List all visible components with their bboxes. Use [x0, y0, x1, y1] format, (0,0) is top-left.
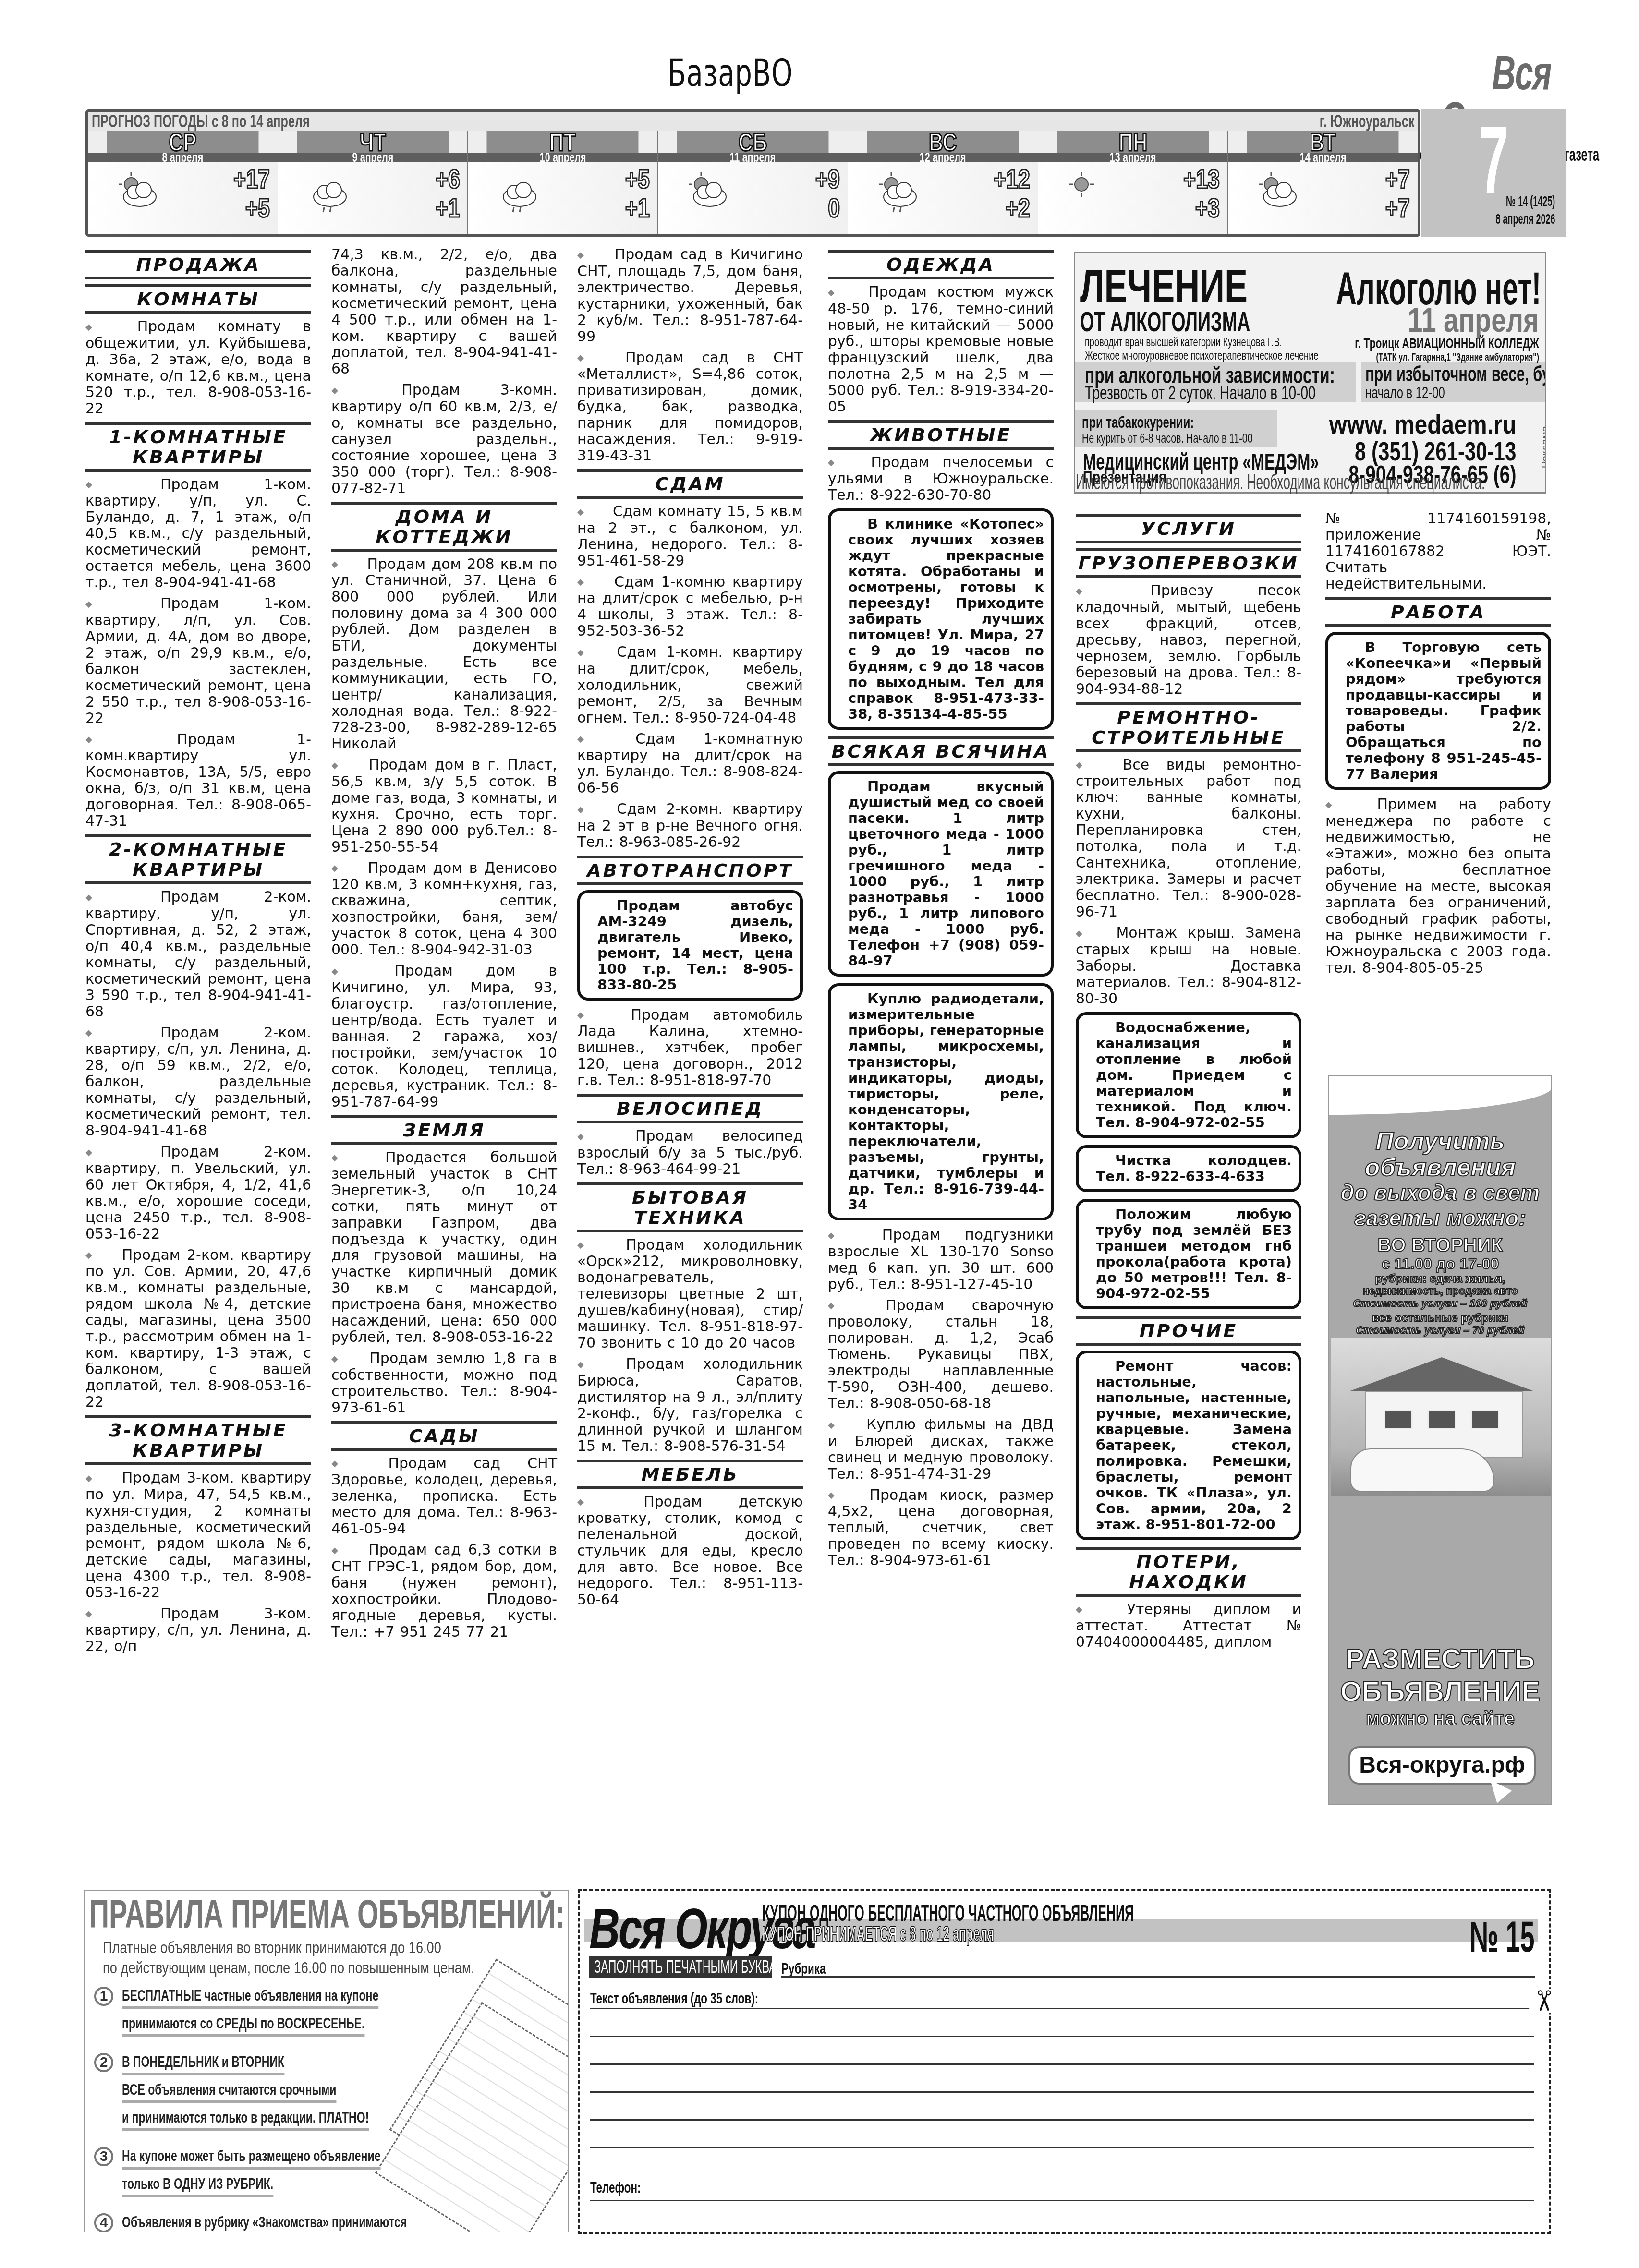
temp-high: +17 — [233, 163, 270, 194]
classified-ad: ◆Продам сад СНТ Здоровье, колодец, дерев… — [331, 1456, 557, 1538]
column-3: ◆Продам сад в Кичигино СНТ, площадь 7,5,… — [577, 247, 803, 1613]
classified-ad: ◆Сдам 2-комн. квартиру на 2 эт в р-не Ве… — [577, 801, 803, 851]
issue-number: № 14 (1425) — [1506, 193, 1555, 210]
rubric-field[interactable] — [781, 1976, 1535, 1978]
ad-text: Продам костюм мужск 48-50 р. 176, темно-… — [828, 284, 1054, 415]
ad-text: Продам дом 208 кв.м по ул. Станичной, 37… — [331, 556, 557, 753]
weather-day: ПТ 10 апреля +5 +1 — [468, 131, 658, 234]
temp-high: +13 — [1183, 163, 1220, 194]
weather-day: СР 8 апреля +17 +5 — [88, 131, 278, 234]
temp-low: +5 — [245, 192, 270, 223]
ad-subheading: ОТ АЛКОГОЛИЗМА — [1080, 306, 1250, 338]
ad-text: Продам сварочную проволоку, стальн 18, п… — [828, 1297, 1054, 1412]
bullet-icon: ◆ — [828, 1420, 838, 1430]
weekday: ВТ — [1247, 131, 1399, 153]
column-4: ОДЕЖДА◆Продам костюм мужск 48-50 р. 176,… — [828, 247, 1054, 1574]
rubric-heading: ПРОДАЖА — [85, 250, 311, 279]
promo-place-2: ОБЪЯВЛЕНИЕ — [1329, 1676, 1551, 1708]
ad-text: Продам сад в Кичигино СНТ, площадь 7,5, … — [577, 246, 803, 345]
rubric-heading: АВТОТРАНСПОРТ — [577, 856, 803, 885]
column-6: № 1174160159198, приложение № 1174160167… — [1325, 511, 1551, 981]
rubric-heading: МЕБЕЛЬ — [577, 1460, 803, 1489]
classified-ad-continued: № 1174160159198, приложение № 1174160167… — [1325, 511, 1551, 592]
scissors-icon: ✂ — [1529, 1989, 1558, 2013]
promo-banner: Получить объявления до выхода в свет газ… — [1328, 1075, 1552, 1805]
ad-date: 11 апреля — [1408, 301, 1539, 339]
rule-line: В ПОНЕДЕЛЬНИК и ВТОРНИК — [122, 2053, 284, 2075]
bullet-icon: ◆ — [577, 577, 585, 587]
ad-text: Привезу песок кладочный, мытый, щебень в… — [1076, 582, 1301, 698]
classified-ad: ◆Продам 1-комн.квартиру ул. Космонавтов,… — [85, 732, 311, 830]
classified-ad: ◆Продам холодильник «Орск»212, микроволн… — [577, 1237, 803, 1352]
ad-text: Продам 3-ком. квартиру по ул. Мира, 47, … — [85, 1470, 311, 1601]
weight-title: при избыточном весе, булимии: — [1365, 362, 1546, 386]
partly-cloudy-icon — [117, 170, 160, 213]
rule-number: 1 — [94, 1987, 113, 2006]
ad-text: Продам велосипед взрослый б/у за 5 тыс./… — [577, 1128, 803, 1178]
bullet-icon: ◆ — [331, 559, 339, 569]
bullet-icon: ◆ — [85, 1609, 132, 1619]
coupon-accepted: КУПОН ПРИНИМАЕТСЯ с 8 по 12 апреля — [762, 1922, 994, 1946]
bullet-icon: ◆ — [1325, 800, 1348, 810]
bullet-icon: ◆ — [85, 322, 109, 332]
boxed-ad: В клинике «Котопес» своих лучших хозяев … — [828, 508, 1054, 730]
ad-text: Продам 1-ком. квартиру, у/п, ул. С. Була… — [85, 476, 311, 591]
ad-method: Жесткое многоуровневое психотерапевтичес… — [1085, 348, 1318, 363]
temp-low: +3 — [1195, 192, 1220, 223]
bullet-icon: ◆ — [577, 250, 586, 260]
ad-text: Продам 2-ком. квартиру по ул. Сов. Армии… — [85, 1247, 311, 1411]
ad-text: Монтаж крыш. Замена старых крыш на новые… — [1076, 925, 1301, 1007]
medical-advertisement: ЛЕЧЕНИЕ ОТ АЛКОГОЛИЗМА проводит врач выс… — [1074, 252, 1546, 494]
coupon-number: № 15 — [1469, 1916, 1534, 1959]
classified-ad: ◆Куплю фильмы на ДВД и Блюрей дисках, та… — [828, 1417, 1054, 1483]
column-2: 74,3 кв.м., 2/2, е/о, два балкона, разде… — [331, 247, 557, 1645]
issue-date: 8 апреля 2026 — [1495, 211, 1555, 228]
bullet-icon: ◆ — [577, 648, 588, 658]
weekday: ВС — [867, 131, 1019, 153]
rubric-heading: ДОМА И КОТТЕДЖИ — [331, 502, 557, 552]
weekday: ПН — [1057, 131, 1209, 153]
rules-title: ПРАВИЛА ПРИЕМА ОБЪЯВЛЕНИЙ: — [89, 1894, 565, 1934]
ad-text: Продам 3-комн. квартиру о/п 60 кв.м, 2/3… — [331, 382, 557, 497]
weather-day: ВС 12 апреля +12 +2 — [848, 131, 1038, 234]
fill-note: ЗАПОЛНЯТЬ ПЕЧАТНЫМИ БУКВАМИ — [589, 1956, 772, 1978]
bullet-icon: ◆ — [331, 863, 339, 873]
bullet-icon: ◆ — [828, 458, 842, 468]
ad-text: Продам подгузники взрослые XL 130-170 So… — [828, 1227, 1054, 1293]
bullet-icon: ◆ — [85, 735, 148, 745]
bullet-icon: ◆ — [331, 1545, 340, 1556]
rubric-heading: ВЕЛОСИПЕД — [577, 1094, 803, 1123]
weekday: СР — [107, 131, 258, 153]
promo-line-3: до выхода в свет — [1329, 1180, 1551, 1206]
ad-place: г. Троицк АВИАЦИОННЫЙ КОЛЛЕДЖ — [1355, 336, 1539, 352]
classified-ad: ◆Монтаж крыш. Замена старых крыш на новы… — [1076, 925, 1301, 1007]
promo-line-1: Получить — [1329, 1127, 1551, 1156]
ad-label: Реклама — [1539, 426, 1546, 468]
rule-number: 2 — [94, 2053, 113, 2072]
classified-ad: ◆Продам 1-ком. квартиру, л/п, ул. Сов. А… — [85, 596, 311, 727]
promo-price-2: Стоимость услуги – 70 рублей — [1329, 1324, 1551, 1337]
bullet-icon: ◆ — [577, 734, 607, 744]
rules-intro-1: Платные объявления во вторник принимаютс… — [103, 1939, 441, 1957]
ad-text: Продам дом в г. Пласт, 56,5 кв.м, з/у 5,… — [331, 757, 557, 856]
rule-line: БЕСПЛАТНЫЕ частные объявления на купоне — [122, 1987, 378, 2009]
promo-price-1: Стоимость услуги – 100 рублей — [1329, 1297, 1551, 1310]
promo-place-3: можно на сайте — [1329, 1708, 1551, 1730]
classified-ad: ◆Продам пчелосемьи с ульями в Южноуральс… — [828, 455, 1054, 504]
ad-text: Сдам 1-комнатную квартиру на длит/срок н… — [577, 731, 803, 797]
rain-cloud-icon — [497, 170, 540, 213]
classified-ad: ◆Продается большой земельный участок в С… — [331, 1150, 557, 1346]
classified-ad: ◆Сдам 1-комнатную квартиру на длит/срок … — [577, 731, 803, 797]
classified-ad: ◆Продам велосипед взрослый б/у за 5 тыс.… — [577, 1128, 803, 1178]
rubric-heading: ПРОЧИЕ — [1076, 1316, 1301, 1346]
classified-ad-continued: 74,3 кв.м., 2/2, е/о, два балкона, разде… — [331, 247, 557, 377]
temp-high: +12 — [994, 163, 1030, 194]
day-date: 12 апреля — [920, 153, 966, 162]
bullet-icon: ◆ — [828, 1231, 853, 1241]
weather-day: ПН 13 апреля +13 +3 — [1038, 131, 1228, 234]
classified-ad: ◆Продам дом в г. Пласт, 56,5 кв.м, з/у 5… — [331, 757, 557, 856]
bullet-icon: ◆ — [85, 480, 132, 490]
weather-day: СБ 11 апреля +9 0 — [658, 131, 848, 234]
classified-ad: ◆Утеряны диплом и аттестат. Аттестат № 0… — [1076, 1602, 1301, 1651]
bullet-icon: ◆ — [828, 1301, 857, 1311]
page-title: БазарВО — [668, 52, 793, 95]
temp-low: +2 — [1006, 192, 1030, 223]
classified-ad: ◆Продам дом в Кичигино, ул. Мира, 93, бл… — [331, 963, 557, 1110]
ad-text: Примем на работу менеджера по работе с н… — [1325, 796, 1551, 977]
day-date: 9 апреля — [352, 153, 393, 162]
promo-hours: с 11.00 до 17-00 — [1329, 1255, 1551, 1273]
ad-text: Все виды ремонтно-строительных работ под… — [1076, 757, 1301, 921]
rubric-label: Рубрика — [781, 1960, 826, 1978]
rule-line: ВСЕ объявления считаются срочными — [122, 2081, 337, 2103]
bullet-icon: ◆ — [1076, 1604, 1098, 1615]
text-field-line[interactable] — [590, 2063, 1534, 2065]
bullet-icon: ◆ — [577, 1132, 607, 1142]
bullet-icon: ◆ — [1076, 760, 1094, 770]
ad-text: Продам сад в СНТ «Металлист», S=4,86 сот… — [577, 350, 803, 465]
ad-text: Сдам 2-комн. квартиру на 2 эт в р-не Веч… — [577, 801, 803, 851]
partly-cloudy-icon — [687, 170, 730, 213]
classified-ad: ◆Продам холодильник Бирюса, Саратов, дис… — [577, 1356, 803, 1455]
classified-ad: ◆Продам сад в СНТ «Металлист», S=4,86 со… — [577, 350, 803, 465]
rubric-heading: САДЫ — [331, 1421, 557, 1451]
rubric-heading: ЗЕМЛЯ — [331, 1115, 557, 1145]
ad-heading: ЛЕЧЕНИЕ — [1080, 263, 1248, 311]
bullet-icon: ◆ — [85, 1250, 93, 1260]
day-date: 8 апреля — [162, 153, 203, 162]
free-ad-coupon[interactable]: Вся Округа КУПОН ОДНОГО БЕСПЛАТНОГО ЧАСТ… — [578, 1889, 1551, 2234]
text-field-line[interactable] — [590, 2119, 1534, 2121]
temp-low: +1 — [625, 192, 650, 223]
classified-ad: ◆Сдам комнату 15, 5 кв.м на 2 эт., с бал… — [577, 504, 803, 569]
smoking-text: Не курить от 6-8 часов. Начало в 11-00 — [1082, 431, 1253, 446]
classified-ad: ◆Продам сварочную проволоку, стальн 18, … — [828, 1298, 1054, 1412]
rule-line: и принимаются только в редакции. ПЛАТНО! — [122, 2109, 369, 2131]
boxed-ad: Ремонт часов: настольные, напольные, нас… — [1076, 1351, 1301, 1540]
ad-text: Куплю фильмы на ДВД и Блюрей дисках, так… — [828, 1416, 1054, 1483]
classified-ad: ◆Продам киоск, размер 4,5х2, цена догово… — [828, 1487, 1054, 1569]
ad-text: Продам 1-ком. квартиру, л/п, ул. Сов. Ар… — [85, 595, 311, 727]
classified-ad: ◆Все виды ремонтно-строительных работ по… — [1076, 757, 1301, 921]
boxed-ad: Куплю радиодетали, измерительные приборы… — [828, 983, 1054, 1220]
weather-day: ВТ 14 апреля +7 +7 — [1228, 131, 1418, 234]
temp-high: +7 — [1385, 163, 1410, 194]
website-link[interactable]: Вся-округа.рф — [1348, 1746, 1536, 1785]
ad-rules: ПРАВИЛА ПРИЕМА ОБЪЯВЛЕНИЙ: Платные объяв… — [84, 1890, 569, 2232]
weather-forecast: ПРОГНОЗ ПОГОДЫ с 8 по 14 апреля г. Южноу… — [85, 109, 1420, 237]
ad-text: Продам пчелосемьи с ульями в Южноуральск… — [828, 454, 1054, 504]
bullet-icon: ◆ — [331, 1459, 359, 1469]
ad-text: Продам автомобиль Лада Калина, хтемно-ви… — [577, 1007, 803, 1089]
ad-text: Продам землю 1,8 га в собственности, мож… — [331, 1350, 557, 1416]
text-field-line[interactable] — [590, 2091, 1534, 2093]
ad-text: Продам 2-ком. квартиру, п. Увельский, ул… — [85, 1144, 311, 1243]
boxed-ad: Чистка колодцев. Тел. 8-922-633-4-633 — [1076, 1145, 1301, 1192]
classified-ad: ◆Продам дом 208 кв.м по ул. Станичной, 3… — [331, 556, 557, 753]
bullet-icon: ◆ — [85, 1147, 132, 1158]
issue-info: 7 № 14 (1425) 8 апреля 2026 — [1421, 109, 1566, 237]
bullet-icon: ◆ — [828, 1490, 840, 1500]
classified-ad: ◆Примем на работу менеджера по работе с … — [1325, 796, 1551, 977]
classified-ad: ◆Продам 2-ком. квартиру, с/п, ул. Ленина… — [85, 1025, 311, 1140]
rule-line: На купоне может быть размещено объявлени… — [122, 2147, 381, 2170]
bullet-icon: ◆ — [577, 507, 584, 517]
bullet-icon: ◆ — [331, 966, 365, 977]
ad-warning: Имеются противопоказания. Необходима кон… — [1076, 470, 1358, 495]
ad-text: Продам 1-комн.квартиру ул. Космонавтов, … — [85, 731, 311, 830]
classified-ad: ◆Продам 2-ком. квартиру по ул. Сов. Арми… — [85, 1247, 311, 1411]
partly-cloudy-icon — [1257, 170, 1300, 213]
text-field-line[interactable] — [590, 2008, 1534, 2009]
sun-icon — [1067, 170, 1110, 213]
classified-ad: ◆Продам 2-ком. квартиру, п. Увельский, у… — [85, 1144, 311, 1243]
classified-ad: ◆Продам сад 6,3 сотки в СНТ ГРЭС-1, рядо… — [331, 1542, 557, 1641]
ad-text: Продам холодильник Бирюса, Саратов, дист… — [577, 1356, 803, 1455]
bullet-icon: ◆ — [828, 288, 839, 298]
temp-low: +1 — [435, 192, 460, 223]
ad-text: Продам сад СНТ Здоровье, колодец, деревь… — [331, 1455, 557, 1538]
banner-wave — [1329, 1076, 1552, 1115]
rule-line: Объявления в рубрику «Знакомства» приним… — [122, 2213, 407, 2232]
promo-line-2: объявления — [1329, 1153, 1551, 1182]
rubric-heading: ВСЯКАЯ ВСЯЧИНА — [828, 736, 1054, 766]
promo-rubrics-2: недвижимость, продажа авто — [1329, 1285, 1551, 1297]
ad-text: Продам дом в Кичигино, ул. Мира, 93, бла… — [331, 963, 557, 1110]
bullet-icon: ◆ — [577, 1010, 602, 1020]
bullet-icon: ◆ — [331, 1354, 340, 1364]
phone-field[interactable] — [590, 2200, 1534, 2201]
phone-label: Телефон: — [590, 2179, 641, 2196]
rubric-heading: ГРУЗОПЕРЕВОЗКИ — [1076, 548, 1301, 578]
classified-ad: ◆Продам 1-ком. квартиру, у/п, ул. С. Бул… — [85, 477, 311, 591]
rubric-heading: БЫТОВАЯ ТЕХНИКА — [577, 1182, 803, 1232]
sun-cloud-rain-icon — [877, 170, 920, 213]
classified-ad: ◆Сдам 1-комню квартиру на длит/срок с ме… — [577, 574, 803, 640]
classified-ad: ◆Продам 3-ком. квартиру, с/п, ул. Ленина… — [85, 1606, 311, 1655]
bullet-icon: ◆ — [331, 760, 340, 771]
rubric-heading: ЖИВОТНЫЕ — [828, 420, 1054, 450]
bullet-icon: ◆ — [577, 1497, 615, 1507]
rule-line: принимаются со СРЕДЫ по ВОСКРЕСЕНЬЕ. — [122, 2015, 364, 2037]
house-car-image — [1331, 1338, 1551, 1496]
bullet-icon: ◆ — [1076, 929, 1087, 939]
rubric-heading: РАБОТА — [1325, 597, 1551, 627]
ad-text: Утеряны диплом и аттестат. Аттестат № 07… — [1076, 1601, 1301, 1651]
boxed-ad: Продам вкусный душистый мед со своей пас… — [828, 771, 1054, 977]
alcohol-text: Трезвость от 2 суток. Начало в 10-00 — [1085, 383, 1316, 404]
day-date: 14 апреля — [1299, 153, 1346, 162]
ad-text: Продам 2-ком. квартиру, у/п, ул. Спортив… — [85, 889, 311, 1020]
bullet-icon: ◆ — [577, 1240, 597, 1250]
classified-ad: ◆Продам костюм мужск 48-50 р. 176, темно… — [828, 284, 1054, 415]
rules-intro-2: по действующим ценам, после 16.00 по пов… — [103, 1959, 474, 1978]
boxed-ad: Продам автобус АМ-3249 дизель, двигатель… — [577, 890, 803, 1001]
ad-text: Продам киоск, размер 4,5х2, цена договор… — [828, 1487, 1054, 1569]
bullet-icon: ◆ — [577, 1360, 597, 1370]
temp-high: +5 — [625, 163, 650, 194]
ad-text: Сдам комнату 15, 5 кв.м на 2 эт., с балк… — [577, 503, 803, 569]
rubric-heading: РЕМОНТНО-СТРОИТЕЛЬНЫЕ — [1076, 702, 1301, 752]
ad-text: Продам детскую кроватку, столик, комод с… — [577, 1494, 803, 1609]
bullet-icon: ◆ — [85, 599, 132, 609]
smoking-title: при табакокурении: — [1082, 413, 1194, 432]
bullet-icon: ◆ — [577, 805, 588, 815]
rubric-heading: УСЛУГИ — [1076, 514, 1301, 543]
bullet-icon: ◆ — [577, 353, 596, 363]
weight-text: начало в 12-00 — [1365, 384, 1445, 402]
ad-text: Продам дом в Денисово 120 кв.м, 3 комн+к… — [331, 860, 557, 959]
bullet-icon: ◆ — [85, 1473, 93, 1484]
ad-text: Продам 2-ком. квартиру, с/п, ул. Ленина,… — [85, 1025, 311, 1140]
rule-line: только В ОДНУ ИЗ РУБРИК. — [122, 2175, 273, 2197]
rubric-heading: 2-КОМНАТНЫЕ КВАРТИРЫ — [85, 834, 311, 884]
rubric-heading: ОДЕЖДА — [828, 250, 1054, 279]
weekday: ЧТ — [297, 131, 449, 153]
weather-title: ПРОГНОЗ ПОГОДЫ с 8 по 14 апреля — [92, 111, 310, 132]
classified-ad: ◆Продам 3-ком. квартиру по ул. Мира, 47,… — [85, 1470, 311, 1601]
day-date: 10 апреля — [539, 153, 586, 162]
rule-number: 3 — [94, 2147, 113, 2166]
boxed-ad: В Торговую сеть «Копеечка»и «Первый рядо… — [1325, 632, 1551, 790]
promo-others: все остальные рубрики — [1329, 1312, 1551, 1325]
temp-high: +6 — [435, 163, 460, 194]
classified-ad: ◆Продам автомобиль Лада Калина, хтемно-в… — [577, 1007, 803, 1089]
rubric-heading: СДАМ — [577, 469, 803, 499]
classified-ad: ◆Сдам 1-комн. квартиру на длит/срок, меб… — [577, 644, 803, 726]
boxed-ad: Водоснабжение, канализация и отопление в… — [1076, 1012, 1301, 1138]
rule-number: 4 — [94, 2213, 113, 2232]
text-label: Текст объявления (до 35 слов): — [590, 1990, 758, 2007]
classified-ad: ◆Продам детскую кроватку, столик, комод … — [577, 1494, 803, 1609]
rubric-heading: ПОТЕРИ, НАХОДКИ — [1076, 1547, 1301, 1597]
ad-text: Сдам 1-комню квартиру на длит/срок с меб… — [577, 574, 803, 640]
column-5: УСЛУГИГРУЗОПЕРЕВОЗКИ◆Привезу песок кладо… — [1076, 511, 1301, 1655]
promo-rubrics-1: рубрики: сдача жилья, — [1329, 1272, 1551, 1286]
fill-note-text: ЗАПОЛНЯТЬ ПЕЧАТНЫМИ БУКВАМИ — [594, 1956, 772, 1978]
day-date: 11 апреля — [730, 153, 776, 162]
ad-text: Продается большой земельный участок в СН… — [331, 1149, 557, 1346]
classified-ad: ◆Продам землю 1,8 га в собственности, мо… — [331, 1351, 557, 1416]
temp-high: +9 — [815, 163, 840, 194]
ad-text: Продам сад 6,3 сотки в СНТ ГРЭС-1, рядом… — [331, 1542, 557, 1641]
weekday: ПТ — [487, 131, 639, 153]
promo-place-1: РАЗМЕСТИТЬ — [1329, 1643, 1551, 1675]
page-number: 7 — [1479, 112, 1508, 208]
rubric-heading: КОМНАТЫ — [85, 284, 311, 314]
rubric-heading: 3-КОМНАТНЫЕ КВАРТИРЫ — [85, 1415, 311, 1465]
promo-when: ВО ВТОРНИК — [1329, 1235, 1551, 1256]
rubric-heading: 1-КОМНАТНЫЕ КВАРТИРЫ — [85, 422, 311, 472]
text-field-line[interactable] — [590, 2036, 1534, 2037]
bullet-icon: ◆ — [85, 1028, 132, 1038]
ad-address: (ТАТК ул. Гагарина,1 "Здание амбулатория… — [1376, 351, 1539, 363]
bullet-icon: ◆ — [85, 893, 132, 903]
ad-text: Продам комнату в общежитии, ул. Куйбышев… — [85, 318, 311, 417]
rain-cloud-icon — [307, 170, 350, 213]
text-field-line[interactable] — [590, 2147, 1534, 2148]
column-1: ПРОДАЖАКОМНАТЫ◆Продам комнату в общежити… — [85, 247, 311, 1660]
classified-ad: ◆Продам 3-комн. квартиру о/п 60 кв.м, 2/… — [331, 382, 557, 497]
day-date: 13 апреля — [1110, 153, 1156, 162]
ad-text: Продам холодильник «Орск»212, микроволно… — [577, 1237, 803, 1352]
boxed-ad: Положим любую трубу под землёй БЕЗ транш… — [1076, 1199, 1301, 1309]
weekday: СБ — [677, 131, 829, 153]
classified-ad: ◆Продам подгузники взрослые XL 130-170 S… — [828, 1227, 1054, 1293]
car-image — [1350, 1448, 1494, 1492]
bullet-icon: ◆ — [331, 1153, 356, 1163]
temp-low: 0 — [828, 192, 840, 223]
temp-low: +7 — [1385, 192, 1410, 223]
ad-doctor: проводит врач высшей категории Кузнецова… — [1085, 335, 1282, 350]
classified-ad: ◆Привезу песок кладочный, мытый, щебень … — [1076, 583, 1301, 698]
classified-ad: ◆Продам комнату в общежитии, ул. Куйбыше… — [85, 319, 311, 417]
bullet-icon: ◆ — [1076, 586, 1121, 596]
weather-day: ЧТ 9 апреля +6 +1 — [278, 131, 468, 234]
promo-line-4: газеты можно: — [1329, 1205, 1551, 1231]
bullet-icon: ◆ — [331, 386, 373, 396]
ad-text: Сдам 1-комн. квартиру на длит/срок, мебе… — [577, 644, 803, 726]
classified-ad: ◆Продам сад в Кичигино СНТ, площадь 7,5,… — [577, 247, 803, 345]
classified-ad: ◆Продам 2-ком. квартиру, у/п, ул. Спорти… — [85, 889, 311, 1020]
classified-ad: ◆Продам дом в Денисово 120 кв.м, 3 комн+… — [331, 860, 557, 959]
